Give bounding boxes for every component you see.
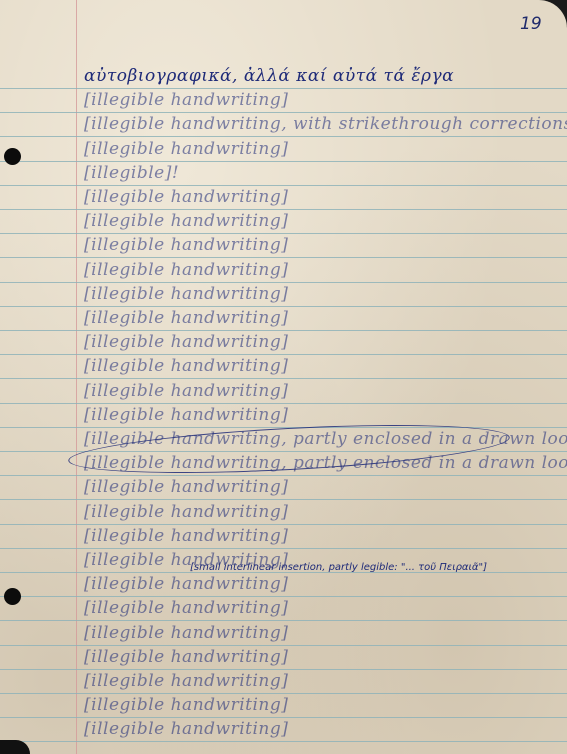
handwritten-line: [illegible handwriting] [84, 647, 288, 667]
ruled-line [0, 233, 567, 234]
handwritten-line: [illegible handwriting] [84, 719, 288, 739]
handwritten-line: [illegible]! [84, 163, 179, 183]
ruled-line [0, 330, 567, 331]
ruled-line [0, 136, 567, 137]
punch-hole-top [4, 148, 21, 165]
handwritten-line: [illegible handwriting] [84, 356, 288, 376]
ruled-line [0, 209, 567, 210]
handwritten-line: [illegible handwriting] [84, 332, 288, 352]
handwritten-line: [illegible handwriting] [84, 187, 288, 207]
ruled-line [0, 88, 567, 89]
punch-hole-bottom [4, 588, 21, 605]
handwritten-line: [illegible handwriting] [84, 211, 288, 231]
page-number: 19 [520, 14, 542, 34]
ruled-line [0, 475, 567, 476]
handwritten-line: [illegible handwriting] [84, 502, 288, 522]
ruled-line [0, 717, 567, 718]
handwritten-line: [illegible handwriting] [84, 284, 288, 304]
handwritten-line: [illegible handwriting] [84, 235, 288, 255]
ruled-line [0, 306, 567, 307]
handwritten-line: [illegible handwriting] [84, 598, 288, 618]
ruled-line [0, 548, 567, 549]
ruled-line [0, 378, 567, 379]
handwritten-line: [illegible handwriting] [84, 90, 288, 110]
margin-line [76, 0, 77, 754]
handwritten-line: [illegible handwriting] [84, 671, 288, 691]
handwritten-line: αὐτοβιογραφικά, ἀλλά καί αὐτά τά ἔργα [84, 66, 454, 86]
handwritten-line: [illegible handwriting] [84, 574, 288, 594]
page-bottom-shadow [0, 740, 30, 754]
ruled-line [0, 185, 567, 186]
ruled-line [0, 354, 567, 355]
handwritten-line: [illegible handwriting] [84, 477, 288, 497]
ruled-line [0, 693, 567, 694]
handwritten-line: [illegible handwriting] [84, 405, 288, 425]
ruled-line [0, 596, 567, 597]
handwritten-line: [illegible handwriting] [84, 381, 288, 401]
handwritten-line: [illegible handwriting] [84, 695, 288, 715]
handwritten-line: [illegible handwriting] [84, 308, 288, 328]
interlinear-insertion: [small interlinear insertion, partly leg… [190, 562, 487, 573]
handwritten-line: [illegible handwriting] [84, 526, 288, 546]
handwritten-line: [illegible handwriting] [84, 623, 288, 643]
handwritten-line: [illegible handwriting, with strikethrou… [84, 114, 567, 134]
notebook-page: 19 αὐτοβιογραφικά, ἀλλά καί αὐτά τά ἔργα… [0, 0, 567, 754]
ruled-line [0, 257, 567, 258]
ruled-line [0, 620, 567, 621]
handwritten-line: [illegible handwriting] [84, 139, 288, 159]
ruled-line [0, 112, 567, 113]
ruled-line [0, 499, 567, 500]
ruled-line [0, 741, 567, 742]
ruled-line [0, 669, 567, 670]
handwritten-line: [illegible handwriting] [84, 260, 288, 280]
